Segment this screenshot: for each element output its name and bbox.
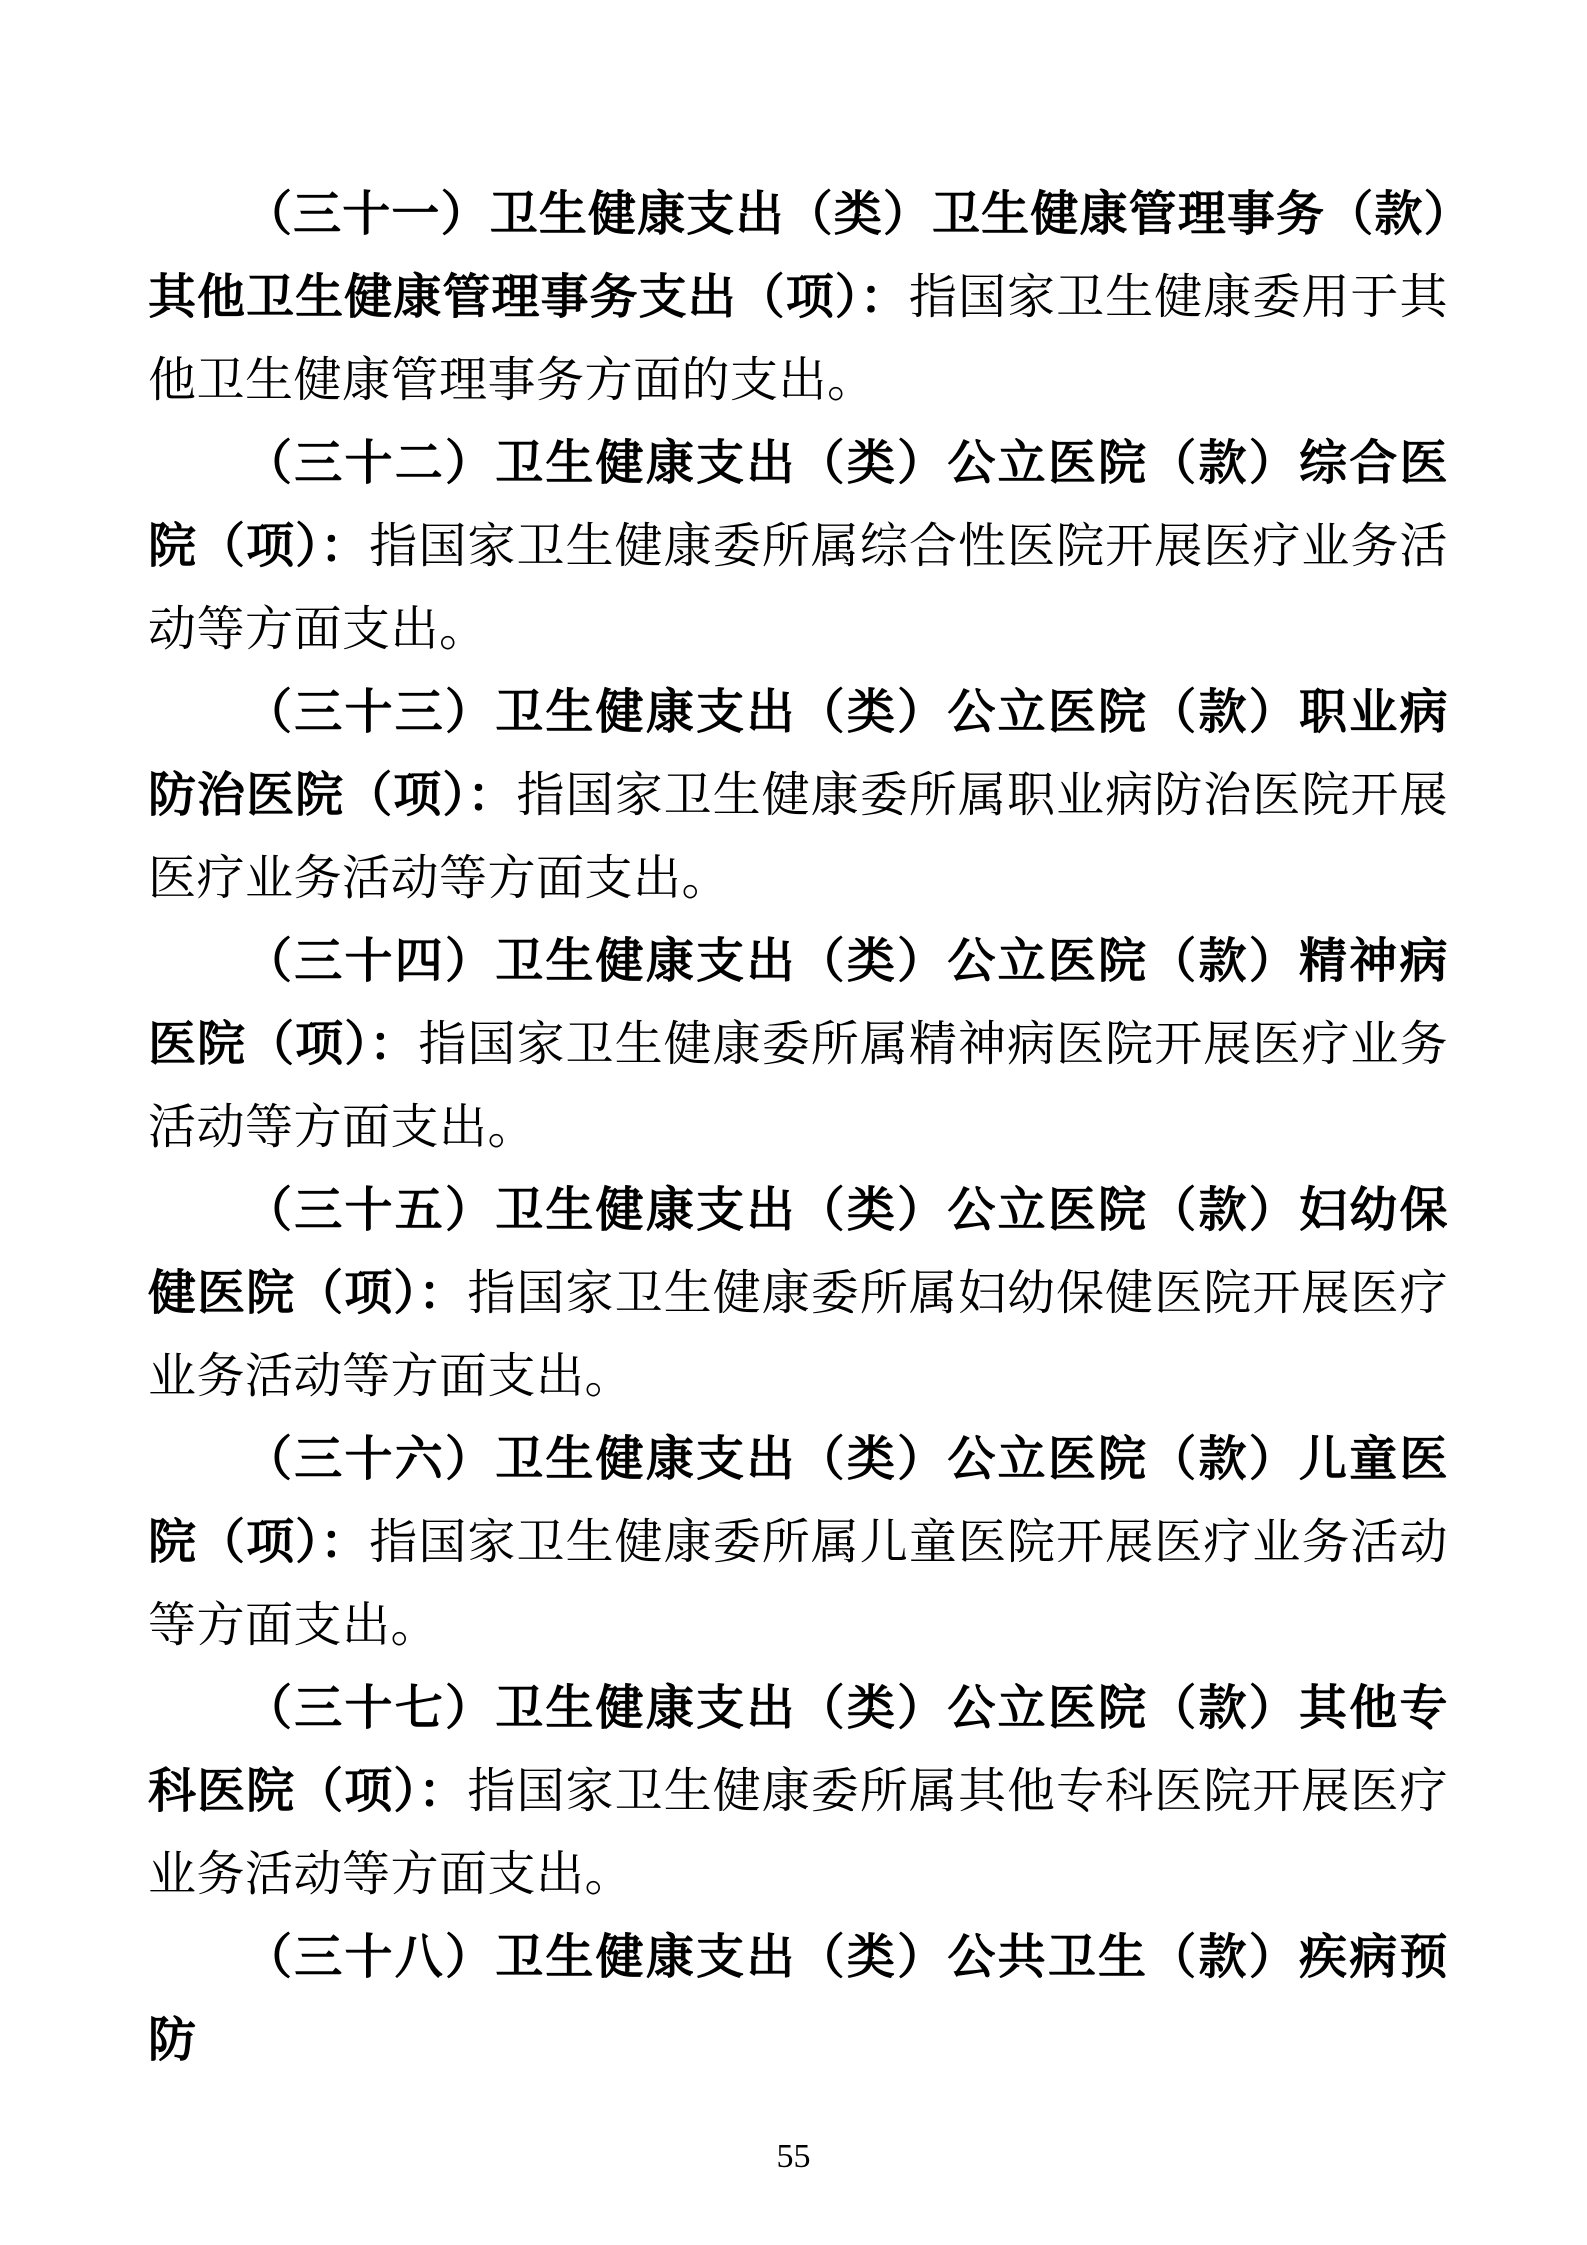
clause-31: （三十一）卫生健康支出（类）卫生健康管理事务（款）其他卫生健康管理事务支出（项）… (148, 173, 1448, 422)
clause-33: （三十三）卫生健康支出（类）公立医院（款）职业病防治医院（项）：指国家卫生健康委… (148, 671, 1448, 920)
document-page: （三十一）卫生健康支出（类）卫生健康管理事务（款）其他卫生健康管理事务支出（项）… (0, 0, 1587, 2245)
page-number: 55 (0, 2138, 1587, 2176)
clause-37: （三十七）卫生健康支出（类）公立医院（款）其他专科医院（项）：指国家卫生健康委所… (148, 1667, 1448, 1916)
clause-38-heading: （三十八）卫生健康支出（类）公共卫生（款）疾病预防 (148, 1929, 1448, 2068)
document-body: （三十一）卫生健康支出（类）卫生健康管理事务（款）其他卫生健康管理事务支出（项）… (148, 173, 1448, 2082)
clause-32: （三十二）卫生健康支出（类）公立医院（款）综合医院（项）：指国家卫生健康委所属综… (148, 422, 1448, 671)
clause-36: （三十六）卫生健康支出（类）公立医院（款）儿童医院（项）：指国家卫生健康委所属儿… (148, 1418, 1448, 1667)
clause-38: （三十八）卫生健康支出（类）公共卫生（款）疾病预防 (148, 1916, 1448, 2082)
clause-34: （三十四）卫生健康支出（类）公立医院（款）精神病医院（项）：指国家卫生健康委所属… (148, 920, 1448, 1169)
clause-35: （三十五）卫生健康支出（类）公立医院（款）妇幼保健医院（项）：指国家卫生健康委所… (148, 1169, 1448, 1418)
